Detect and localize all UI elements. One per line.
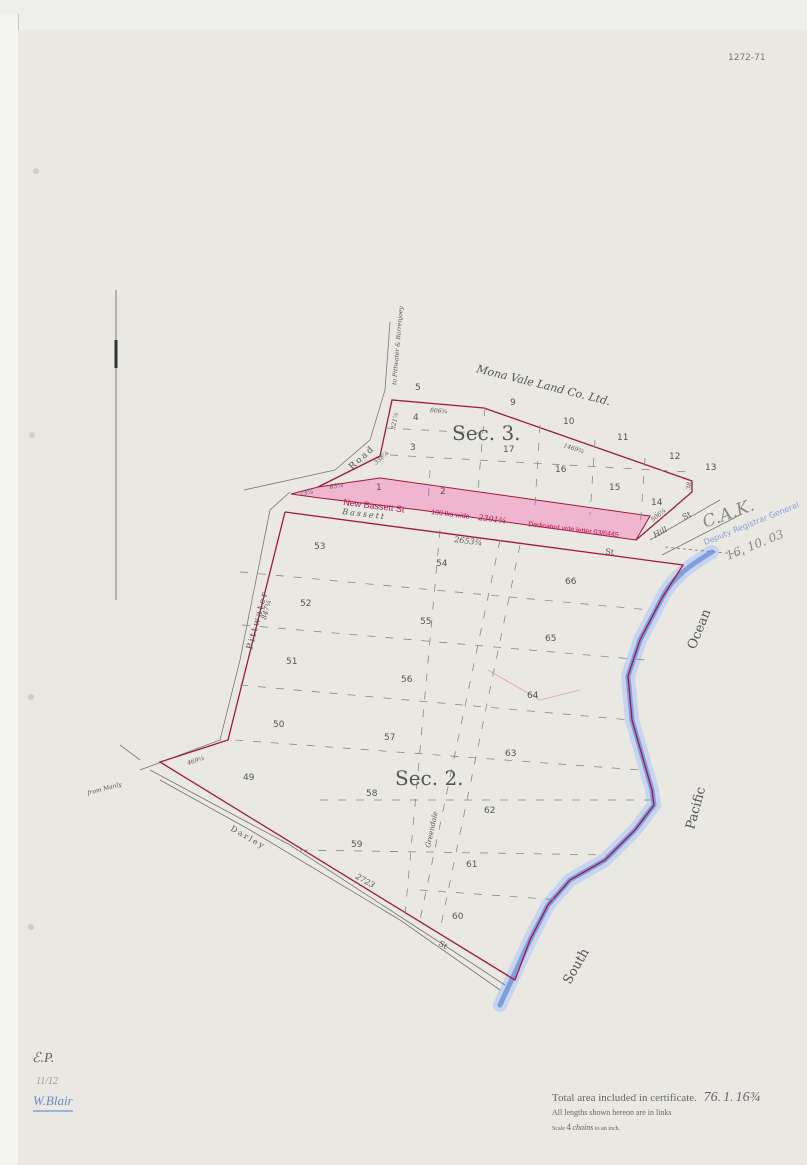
road-label: Road [347,444,377,472]
lot-number: 12 [669,452,680,462]
ocean-label: Ocean [685,607,715,652]
section-2-boundary [160,512,683,980]
lot-number: 54 [436,559,448,569]
lot-number: 55 [420,617,431,627]
road-outlines [120,322,745,990]
section-2-lot-numbers: 49 50 51 52 53 54 55 56 57 58 59 60 61 6… [243,542,577,922]
lot-number: 50 [273,720,285,730]
reference-number: 1272-71 [728,53,766,63]
measurement: 38 [685,481,693,490]
scale-unit: chains [573,1123,594,1132]
owner-label: Mona Vale Land Co. Ltd. [474,362,612,408]
hill-st-abbrev: St [681,509,694,521]
section-2-label: Sec. 2. [395,766,464,790]
lot-number: 63 [505,749,516,759]
darley-st-abbrev: St [437,939,450,952]
section-3-label: Sec. 3. [452,421,521,445]
bassett-length: 2653¾ [453,535,483,547]
measurement: 606⅝ [430,407,448,415]
margin-signature-1: ℰ.P. [32,1050,54,1067]
punch-hole [29,432,35,438]
scale-note: Scale 4 chains to an inch. [552,1122,620,1132]
greendale-label: Greendale [424,811,439,849]
area-statement: Total area included in certificate. 76. … [552,1090,760,1106]
scale-value: 4 [567,1122,572,1132]
punch-hole [28,694,34,700]
margin-signature-2: 11/12 [36,1076,58,1087]
lot-number: 10 [563,417,575,427]
measurement: 469⅝ [186,755,206,767]
lot-number: 65 [545,634,556,644]
lot-number: 15 [609,483,620,493]
lot-number: 9 [510,398,516,408]
lot-number: 64 [527,691,539,701]
measurement: 1469⅜ [562,442,584,455]
lot-number: 66 [565,577,577,587]
lot-number: 53 [314,542,325,552]
lot-number: 57 [384,733,395,743]
lot-number: 1 [376,483,382,493]
lot-number: 60 [452,912,464,922]
lengths-note: All lengths shown hereon are in links [552,1108,672,1117]
lot-number: 13 [705,463,716,473]
lot-number: 56 [401,675,413,685]
area-acres: 76 [704,1090,718,1105]
lot-number: 3 [410,443,416,453]
lot-number: 49 [243,773,255,783]
lot-number: 5 [415,383,421,393]
punch-hole [33,168,39,174]
area-perches: 16¾ [736,1090,761,1105]
scale-suffix: to an inch. [595,1126,620,1132]
to-pittwater-road-label: to Pittwater & Barrenjoey [391,305,405,385]
lot-number: 52 [300,599,311,609]
lot-number: 4 [413,413,419,423]
lot-number: 14 [651,498,663,508]
lot-number: 2 [440,487,446,497]
lot-number: 16 [555,465,567,475]
south-label: South [560,945,593,987]
from-manly-label: from Manly [86,781,123,797]
scale-prefix: Scale [552,1126,565,1132]
area-roods: 1 [723,1090,730,1105]
pacific-label: Pacific [683,785,709,831]
lot-number: 58 [366,789,378,799]
darley-label: Darley [229,824,267,851]
survey-plan: Sec. 3. Sec. 2. Mona Vale Land Co. Ltd. … [0,0,807,1165]
lot-number: 61 [466,860,477,870]
total-area-label: Total area included in certificate. [552,1092,697,1104]
margin-signature-3: W.Blair [33,1093,73,1112]
lot-number: 62 [484,806,495,816]
lot-number: 51 [286,657,297,667]
punch-hole [28,924,34,930]
measurement: 321⅞ [390,412,400,430]
lot-number: 17 [503,445,514,455]
lot-number: 11 [617,433,628,443]
lot-number: 59 [351,840,363,850]
boundary-measurements: 606⅝ 1469⅜ 321⅞ 338⅞ 23⅞ 65⅞ 38 506¼ 469… [186,407,694,767]
